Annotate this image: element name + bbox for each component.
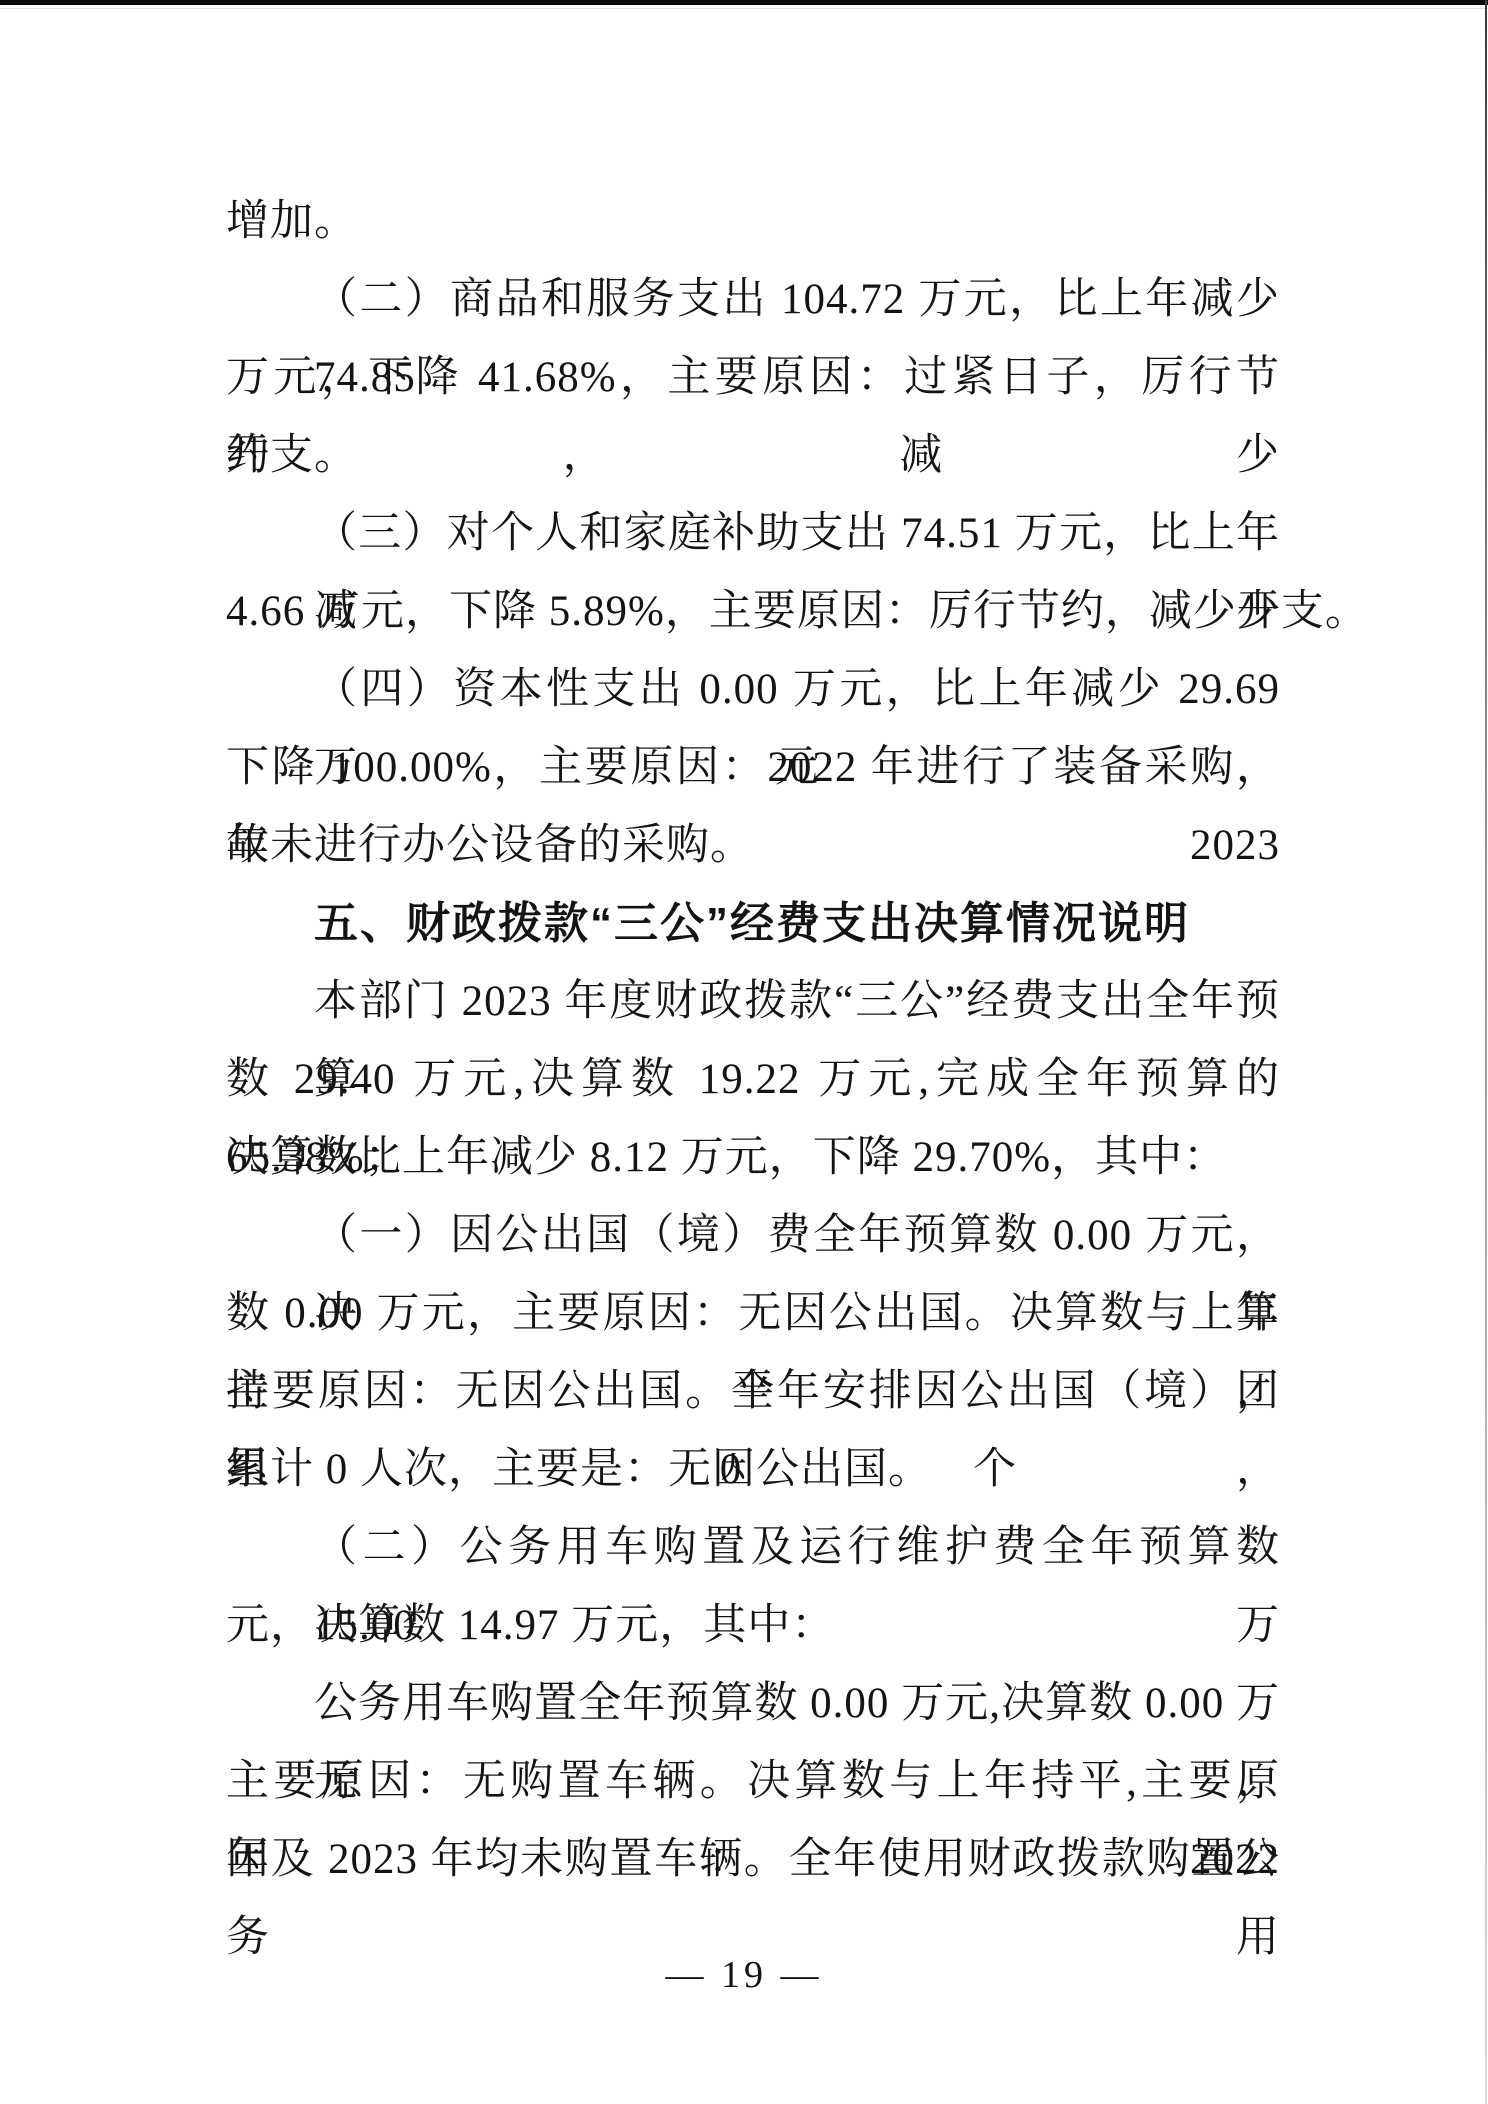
text-line: （三）对个人和家庭补助支出 74.51 万元，比上年减少 (226, 495, 1280, 573)
text-line: （一）因公出国（境）费全年预算数 0.00 万元，决算 (226, 1197, 1280, 1275)
text-line: 增加。 (226, 183, 1280, 261)
text-line: 主要原因：无因公出国。全年安排因公出国（境）团组 0 个， (226, 1353, 1280, 1431)
section-heading: 五、财政拨款“三公”经费支出决算情况说明 (226, 885, 1280, 963)
text-line: （二）商品和服务支出 104.72 万元，比上年减少 74.85 (226, 261, 1280, 339)
page-top-faint-line (0, 8, 1488, 9)
text-line: 公务用车购置全年预算数 0.00 万元,决算数 0.00 万元， (226, 1665, 1280, 1743)
text-line: 4.66 万元，下降 5.89%，主要原因：厉行节约，减少开支。 (226, 573, 1280, 651)
text-line: 年及 2023 年均未购置车辆。全年使用财政拨款购置公务用 (226, 1821, 1280, 1899)
page-top-edge-bar (0, 0, 1488, 5)
text-line: 下降 100.00%，主要原因：2022 年进行了装备采购，故 2023 (226, 729, 1280, 807)
text-line: 主要原因：无购置车辆。决算数与上年持平,主要原因：2022 (226, 1743, 1280, 1821)
text-line: （四）资本性支出 0.00 万元，比上年减少 29.69 万元， (226, 651, 1280, 729)
text-line: 决算数比上年减少 8.12 万元，下降 29.70%，其中： (226, 1119, 1280, 1197)
page-number: — 19 — (0, 1944, 1488, 2006)
text-line: 万元，下降 41.68%，主要原因：过紧日子，厉行节约，减少 (226, 339, 1280, 417)
document-body: 增加。（二）商品和服务支出 104.72 万元，比上年减少 74.85万元，下降… (226, 183, 1280, 1899)
text-line: 本部门 2023 年度财政拨款“三公”经费支出全年预算 (226, 963, 1280, 1041)
page-right-edge-line (1485, 0, 1487, 2104)
text-line: 数 0.00 万元，主要原因：无因公出国。决算数与上年持平， (226, 1275, 1280, 1353)
document-page: 增加。（二）商品和服务支出 104.72 万元，比上年减少 74.85万元，下降… (0, 0, 1488, 2104)
text-line: （二）公务用车购置及运行维护费全年预算数 15.00 万 (226, 1509, 1280, 1587)
text-line: 数 29.40 万元,决算数 19.22 万元,完成全年预算的 65.38%； (226, 1041, 1280, 1119)
